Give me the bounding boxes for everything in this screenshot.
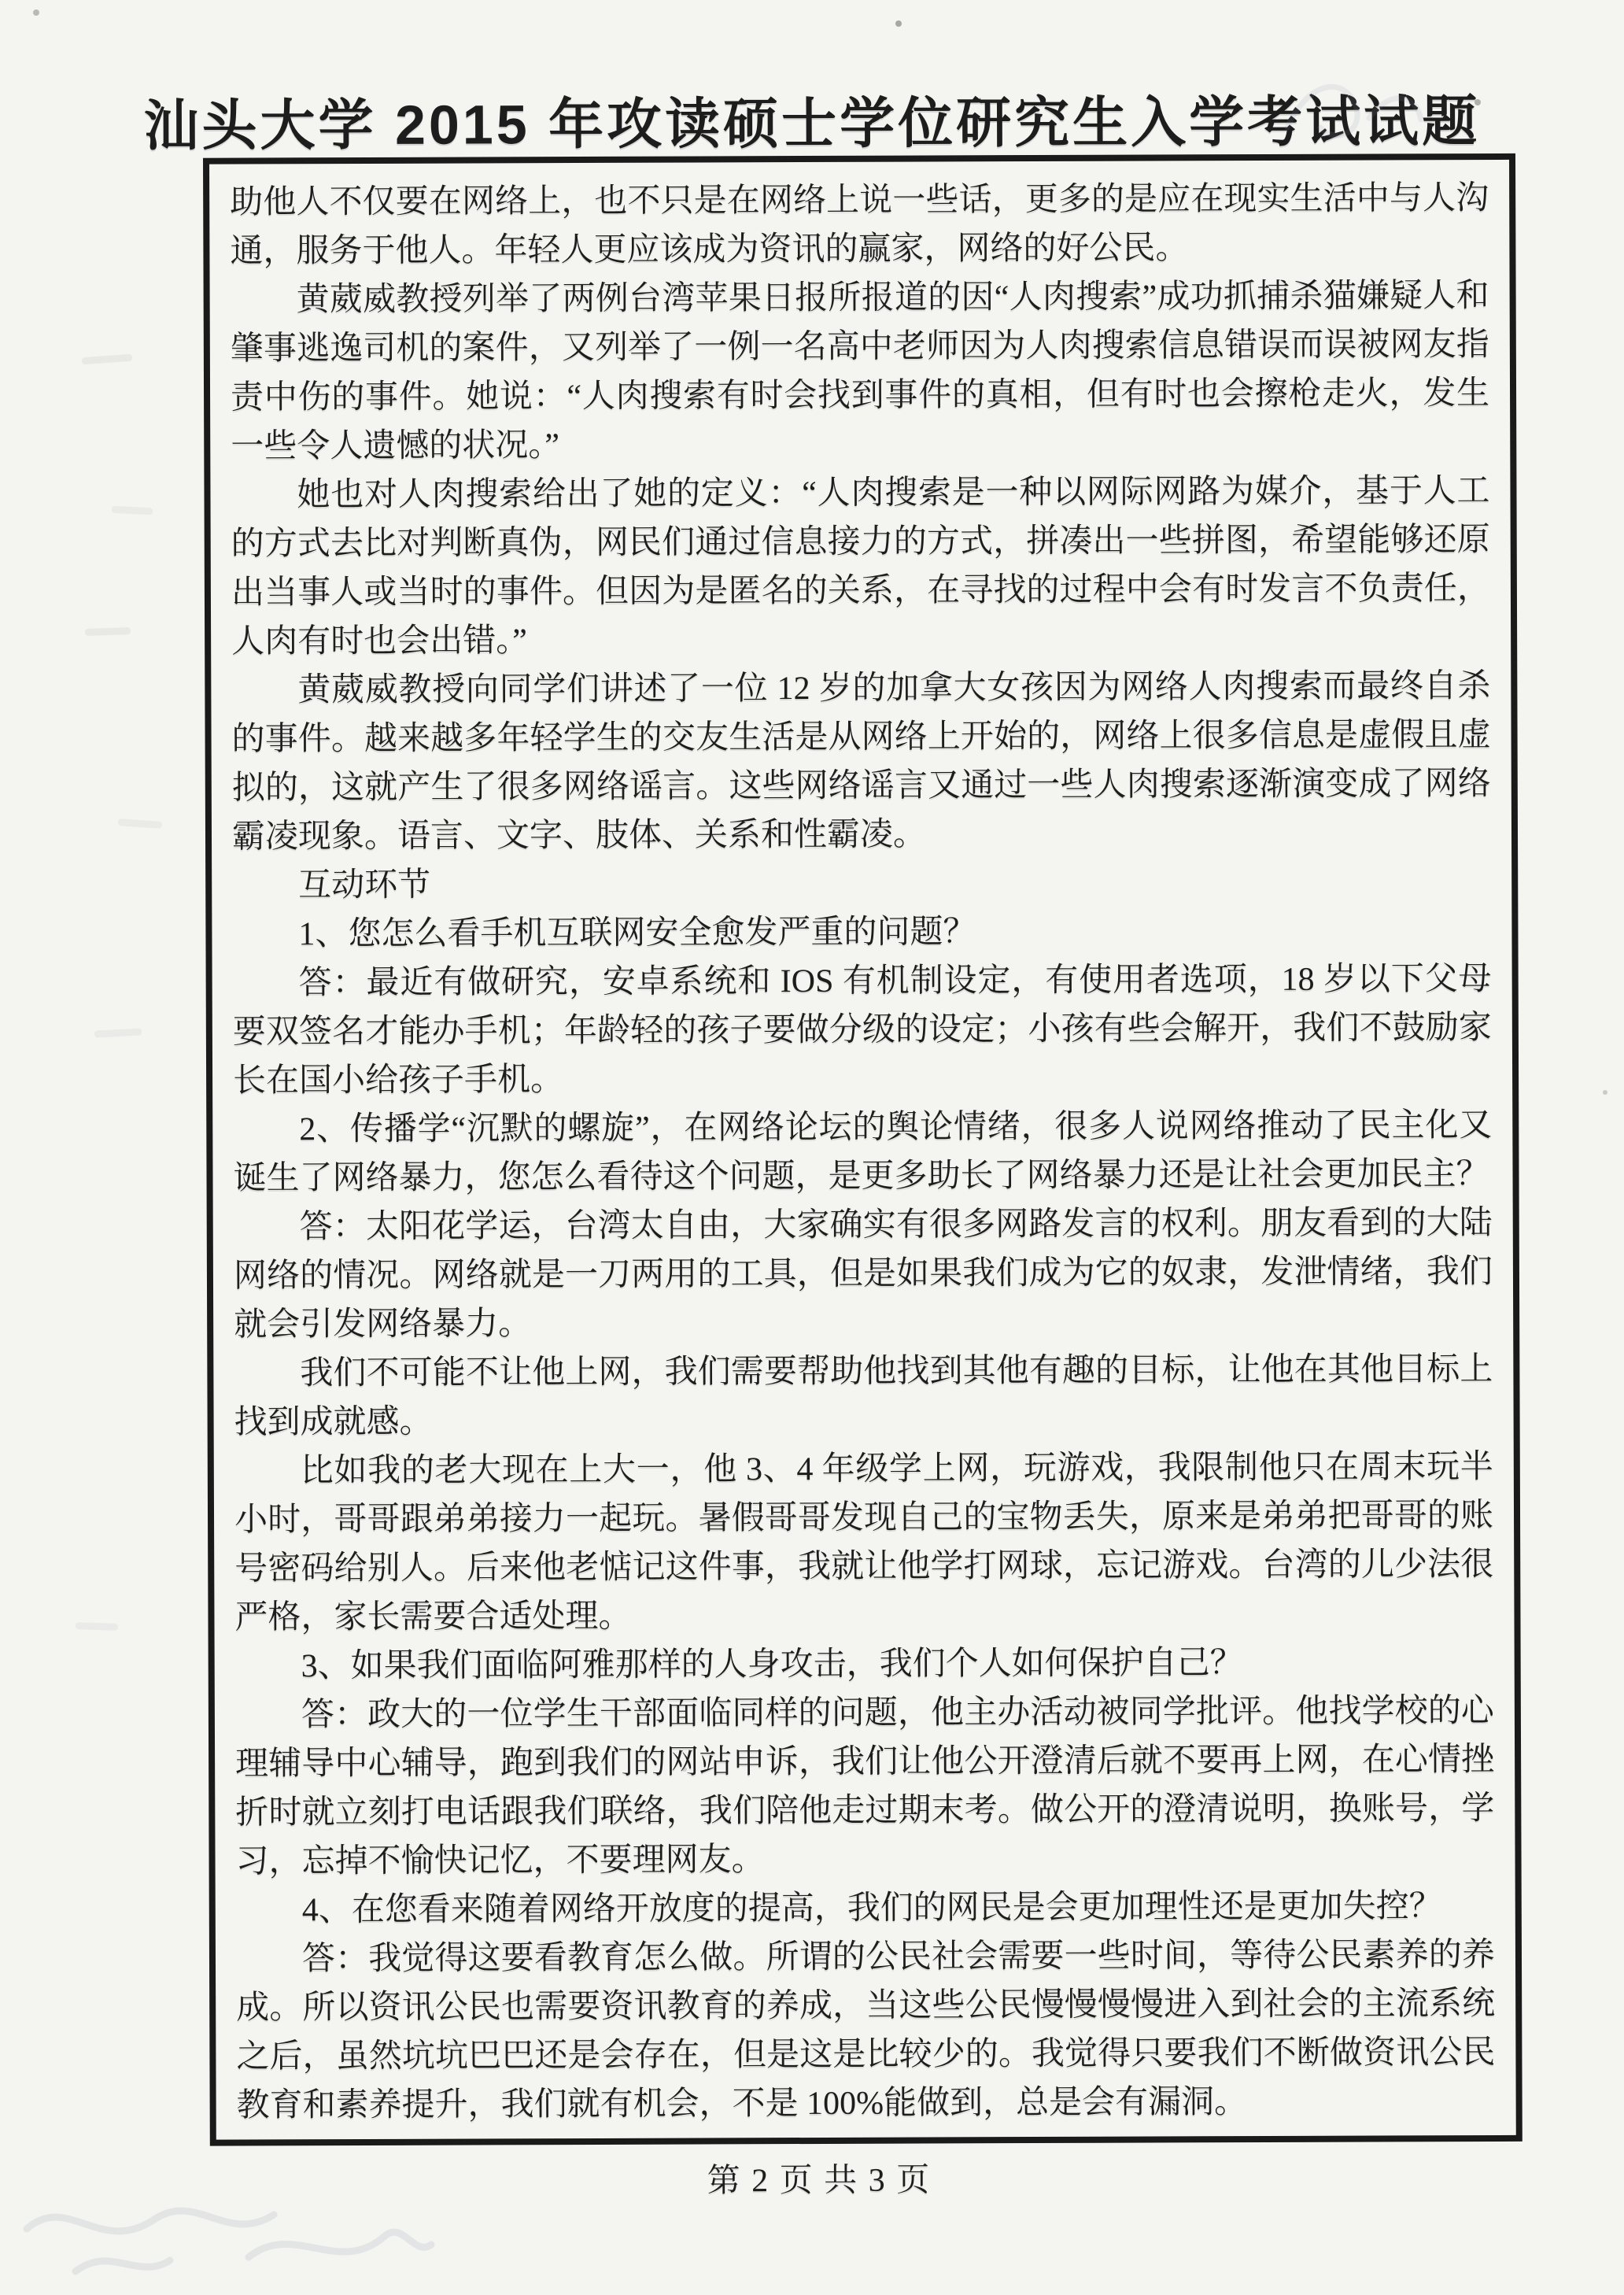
- section-label: 互动环节: [232, 857, 1491, 911]
- page-footer: 第 2 页 共 3 页: [163, 2152, 1475, 2204]
- paragraph: 黄葳威教授向同学们讲述了一位 12 岁的加拿大女孩因为网络人肉搜索而最终自杀的事…: [231, 662, 1491, 862]
- paragraph: 助他人不仅要在网络上，也不只是在网络上说一些话，更多的是应在现实生活中与人沟通，…: [230, 174, 1489, 276]
- question-1: 1、您怎么看手机互联网安全愈发严重的问题？: [232, 906, 1491, 959]
- answer-2: 答：太阳花学运，台湾太自由，大家确实有很多网路发言的权利。朋友看到的大陆网络的情…: [234, 1199, 1493, 1350]
- answer-2-continued: 我们不可能不让他上网，我们需要帮助他找到其他有趣的目标，让他在其他目标上找到成就…: [234, 1345, 1493, 1447]
- page-title: 汕头大学 2015 年攻读硕士学位研究生入学考试试题: [0, 91, 1624, 157]
- paragraph: 黄葳威教授列举了两例台湾苹果日报所报道的因“人肉搜索”成功抓捕杀猫嫌疑人和肇事逃…: [231, 272, 1490, 471]
- question-2: 2、传播学“沉默的螺旋”，在网络论坛的舆论情绪，很多人说网络推动了民主化又诞生了…: [233, 1101, 1492, 1203]
- answer-1: 答：最近有做研究，安卓系统和 IOS 有机制设定，有使用者选项，18 岁以下父母…: [233, 955, 1493, 1106]
- answer-4: 答：我觉得这要看教育怎么做。所谓的公民社会需要一些时间，等待公民素养的养成。所以…: [236, 1931, 1496, 2131]
- answer-3: 答：政大的一位学生干部面临同样的问题，他主办活动被同学批评。他找学校的心理辅导中…: [235, 1687, 1495, 1887]
- question-4: 4、在您看来随着网络开放度的提高，我们的网民是会更加理性还是更加失控？: [236, 1882, 1495, 1935]
- scanned-exam-page: 汕头大学 2015 年攻读硕士学位研究生入学考试试题 助他人不仅要在网络上，也不…: [0, 0, 1624, 2295]
- content-border-box: 助他人不仅要在网络上，也不只是在网络上说一些话，更多的是应在现实生活中与人沟通，…: [203, 153, 1522, 2146]
- paragraph: 她也对人肉搜索给出了她的定义：“人肉搜索是一种以网际网路为媒介，基于人工的方式去…: [231, 467, 1490, 667]
- scan-tilt-wrapper: 汕头大学 2015 年攻读硕士学位研究生入学考试试题 助他人不仅要在网络上，也不…: [0, 0, 1624, 2295]
- answer-2-continued: 比如我的老大现在上大一，他 3、4 年级学上网，玩游戏，我限制他只在周末玩半小时…: [234, 1443, 1494, 1643]
- question-3: 3、如果我们面临阿雅那样的人身攻击，我们个人如何保护自己？: [235, 1638, 1494, 1691]
